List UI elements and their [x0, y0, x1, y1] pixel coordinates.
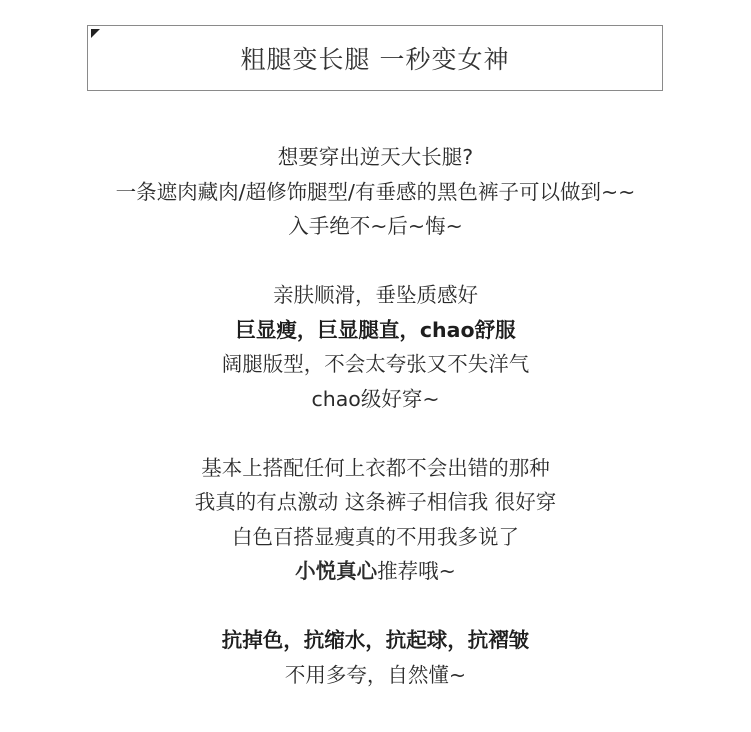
- text-line: chao级好穿~: [0, 382, 751, 417]
- description-body: 想要穿出逆天大长腿? 一条遮肉藏肉/超修饰腿型/有垂感的黑色裤子可以做到~~ 入…: [0, 140, 751, 727]
- paragraph-intro: 想要穿出逆天大长腿? 一条遮肉藏肉/超修饰腿型/有垂感的黑色裤子可以做到~~ 入…: [0, 140, 751, 244]
- text-line: 入手绝不~后~悔~: [0, 209, 751, 244]
- recommender-name: 小悦真心: [295, 559, 377, 583]
- paragraph-texture: 亲肤顺滑，垂坠质感好 巨显瘦，巨显腿直，chao舒服 阔腿版型，不会太夸张又不失…: [0, 278, 751, 416]
- text-line: 白色百搭显瘦真的不用我多说了: [0, 520, 751, 555]
- recommend-text: 推荐哦~: [377, 559, 456, 583]
- text-line: 基本上搭配任何上衣都不会出错的那种: [0, 451, 751, 486]
- highlight-line: 巨显瘦，巨显腿直，chao舒服: [0, 313, 751, 348]
- text-line: 亲肤顺滑，垂坠质感好: [0, 278, 751, 313]
- text-line: 阔腿版型，不会太夸张又不失洋气: [0, 347, 751, 382]
- title-box: 粗腿变长腿 一秒变女神: [87, 25, 663, 91]
- page-title: 粗腿变长腿 一秒变女神: [241, 40, 510, 76]
- paragraph-features: 抗掉色，抗缩水，抗起球，抗褶皱 不用多夸，自然懂~: [0, 623, 751, 692]
- text-line: 不用多夸，自然懂~: [0, 658, 751, 693]
- text-line: 小悦真心推荐哦~: [0, 554, 751, 589]
- text-line: 我真的有点激动 这条裤子相信我 很好穿: [0, 485, 751, 520]
- paragraph-recommend: 基本上搭配任何上衣都不会出错的那种 我真的有点激动 这条裤子相信我 很好穿 白色…: [0, 451, 751, 589]
- text-line: 想要穿出逆天大长腿?: [0, 140, 751, 175]
- corner-triangle-icon: [91, 29, 100, 38]
- highlight-line: 抗掉色，抗缩水，抗起球，抗褶皱: [0, 623, 751, 658]
- text-line: 一条遮肉藏肉/超修饰腿型/有垂感的黑色裤子可以做到~~: [0, 175, 751, 210]
